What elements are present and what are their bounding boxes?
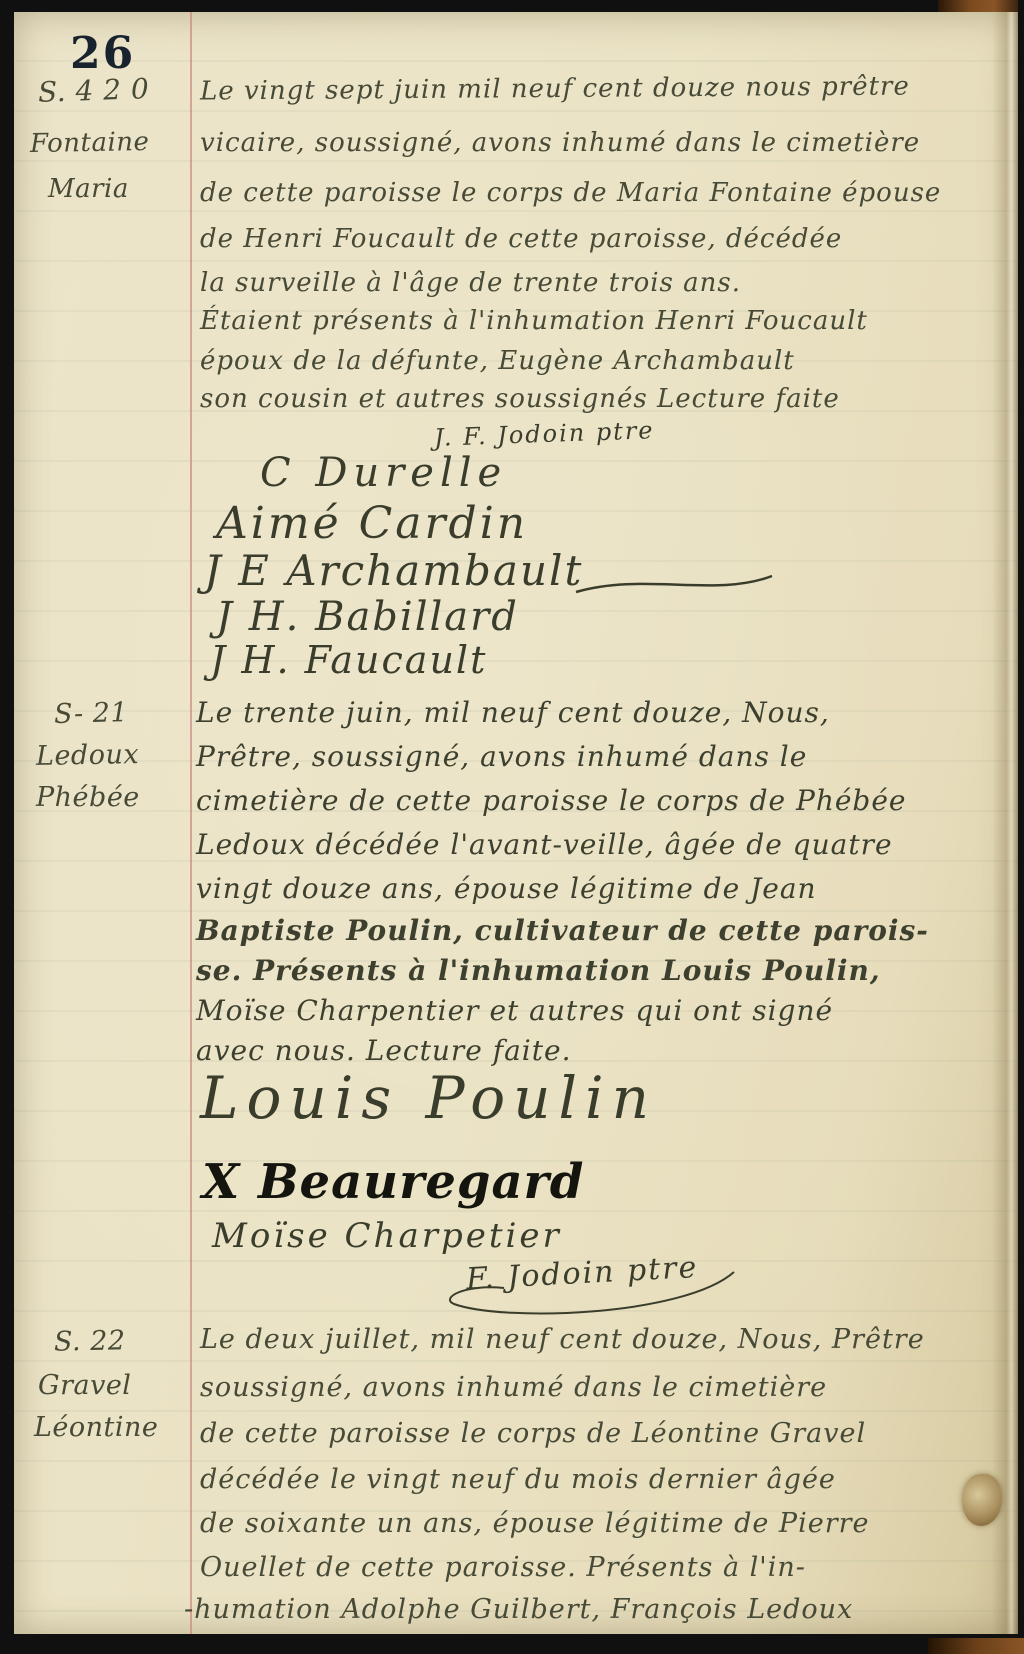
record-text-line: Le deux juillet, mil neuf cent douze, No…	[200, 1324, 925, 1355]
record-text-line: la surveille à l'âge de trente trois ans…	[200, 268, 741, 298]
record-text-line: -humation Adolphe Guilbert, François Led…	[184, 1594, 853, 1625]
record-text-line: Moïse Charpentier et autres qui ont sign…	[196, 994, 833, 1027]
record-text-line: Prêtre, soussigné, avons inhumé dans le	[196, 740, 807, 773]
record-text-line: Baptiste Poulin, cultivateur de cette pa…	[196, 914, 929, 947]
signature: Moïse Charpetier	[212, 1216, 562, 1256]
record-text-line: de soixante un ans, épouse légitime de P…	[200, 1508, 870, 1539]
page-edge-crease	[992, 12, 1018, 1634]
record-text-line: Le vingt sept juin mil neuf cent douze n…	[200, 72, 910, 107]
record-number: S- 21	[54, 697, 129, 730]
book-binding-corner	[928, 1638, 1024, 1654]
record-text-line: vingt douze ans, épouse légitime de Jean	[196, 872, 817, 905]
paper-sheet: 26 S. 4 2 0 Fontaine Maria Le vingt sept…	[14, 12, 1018, 1634]
record-text-line: se. Présents à l'inhumation Louis Poulin…	[196, 954, 881, 987]
record-given-name: Phébée	[36, 782, 140, 813]
record-surname: Fontaine	[30, 127, 150, 159]
record-text-line: soussigné, avons inhumé dans le cimetièr…	[200, 1372, 827, 1403]
record-text-line: cimetière de cette paroisse le corps de …	[196, 784, 906, 817]
margin-rule-line	[190, 12, 192, 1634]
wax-stain	[962, 1474, 1002, 1526]
signature: C Durelle	[260, 450, 507, 496]
priest-signature: J. F. Jodoin ptre	[434, 416, 655, 452]
record-text-line: son cousin et autres soussignés Lecture …	[200, 384, 840, 414]
record-text-line: décédée le vingt neuf du mois dernier âg…	[200, 1464, 836, 1495]
record-number: S. 4 2 0	[37, 72, 149, 109]
record-surname: Ledoux	[36, 739, 140, 772]
record-text-line: époux de la défunte, Eugène Archambault	[200, 346, 795, 376]
record-text-line: vicaire, soussigné, avons inhumé dans le…	[200, 128, 920, 158]
signature: Louis Poulin	[200, 1064, 657, 1132]
record-text-line: Ouellet de cette paroisse. Présents à l'…	[200, 1552, 806, 1583]
signature: J E Archambault	[204, 546, 583, 595]
record-text-line: de Henri Foucault de cette paroisse, déc…	[200, 224, 842, 254]
record-text-line: Étaient présents à l'inhumation Henri Fo…	[200, 306, 868, 336]
record-text-line: avec nous. Lecture faite.	[196, 1034, 571, 1067]
record-text-line: Le trente juin, mil neuf cent douze, Nou…	[196, 696, 830, 729]
signature: J H. Babillard	[216, 594, 519, 640]
record-surname: Gravel	[38, 1370, 131, 1401]
priest-signature: F. Jodoin ptre	[465, 1250, 699, 1297]
signature-flourish	[574, 570, 774, 600]
record-text-line: de cette paroisse le corps de Léontine G…	[200, 1418, 866, 1449]
register-page-scan: 26 S. 4 2 0 Fontaine Maria Le vingt sept…	[0, 0, 1024, 1654]
record-text-line: de cette paroisse le corps de Maria Font…	[200, 178, 941, 208]
record-number: S. 22	[54, 1325, 126, 1357]
signature: J H. Faucault	[210, 638, 487, 682]
page-number: 26	[70, 28, 135, 79]
record-given-name: Maria	[48, 174, 129, 204]
signature: X Beauregard	[202, 1154, 584, 1210]
signature: Aimé Cardin	[216, 498, 528, 549]
record-text-line: Ledoux décédée l'avant-veille, âgée de q…	[196, 828, 893, 861]
record-given-name: Léontine	[34, 1412, 158, 1443]
